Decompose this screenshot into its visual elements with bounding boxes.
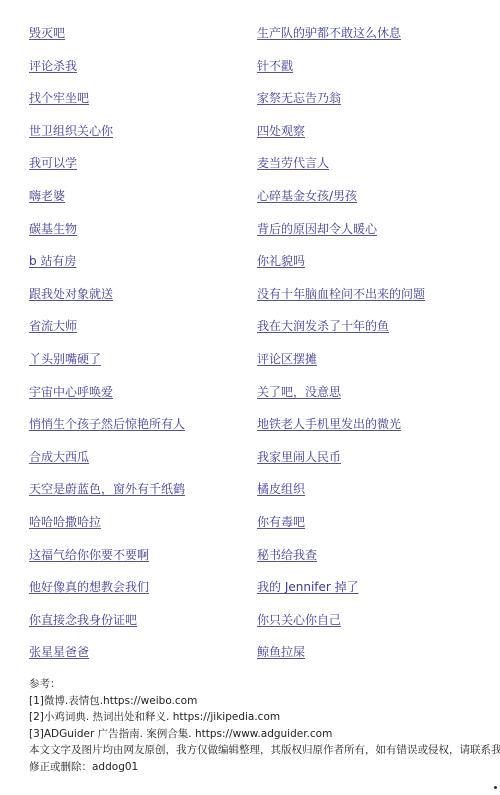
link-row: 评论杀我针不戳 — [29, 58, 489, 91]
term-link-left[interactable]: 碳基生物 — [29, 221, 77, 237]
term-link-right[interactable]: 针不戳 — [257, 58, 293, 74]
page-dot — [494, 786, 497, 789]
link-row: 悄悄生个孩子然后惊艳所有人地铁老人手机里发出的微光 — [29, 416, 489, 449]
link-row: 跟我处对象就送没有十年脑血栓问不出来的问题 — [29, 286, 489, 319]
reference-item-3: [3]ADGuider 广告指南. 案例合集. https://www.adgu… — [29, 726, 489, 743]
term-link-left[interactable]: 张星星爸爸 — [29, 644, 89, 660]
term-link-right[interactable]: 心碎基金女孩/男孩 — [257, 188, 357, 204]
link-row: 嗨老婆心碎基金女孩/男孩 — [29, 188, 489, 221]
term-link-right[interactable]: 地铁老人手机里发出的微光 — [257, 416, 401, 432]
term-link-left[interactable]: 跟我处对象就送 — [29, 286, 113, 302]
term-link-left[interactable]: 嗨老婆 — [29, 188, 65, 204]
link-row: 天空是蔚蓝色，窗外有千纸鹤橘皮组织 — [29, 481, 489, 514]
term-link-right[interactable]: 你只关心你自己 — [257, 612, 341, 628]
term-link-right[interactable]: 我家里闹人民币 — [257, 449, 341, 465]
references-heading: 参考： — [29, 676, 489, 693]
term-link-right[interactable]: 我在大润发杀了十年的鱼 — [257, 318, 389, 334]
term-link-left[interactable]: 评论杀我 — [29, 58, 77, 74]
link-row: 哈哈哈撒哈拉你有毒吧 — [29, 514, 489, 547]
term-link-left[interactable]: 哈哈哈撒哈拉 — [29, 514, 101, 530]
link-row: 合成大西瓜我家里闹人民币 — [29, 449, 489, 482]
link-row: 这福气给你你要不要啊秘书给我查 — [29, 547, 489, 580]
link-row: 张星星爸爸鲸鱼拉屎 — [29, 644, 489, 677]
link-row: 他好像真的想教会我们我的 Jennifer 掉了 — [29, 579, 489, 612]
disclaimer-line-1: 本文文字及图片均由网友原创，我方仅做编辑整理，其版权归原作者所有，如有错误或侵权… — [29, 742, 489, 759]
link-row: b 站有房你礼貌吗 — [29, 253, 489, 286]
term-link-right[interactable]: 秘书给我查 — [257, 547, 317, 563]
link-row: 你直接念我身份证吧你只关心你自己 — [29, 612, 489, 645]
link-row: 世卫组织关心你四处观察 — [29, 123, 489, 156]
link-row: 找个牢坐吧家祭无忘告乃翁 — [29, 90, 489, 123]
term-link-right[interactable]: 家祭无忘告乃翁 — [257, 90, 341, 106]
term-link-left[interactable]: 毁灭吧 — [29, 25, 65, 41]
reference-item-1: [1]微博.表情包.https://weibo.com — [29, 693, 489, 710]
references-section: 参考： [1]微博.表情包.https://weibo.com [2]小鸡词典.… — [29, 676, 489, 776]
term-link-left[interactable]: 天空是蔚蓝色，窗外有千纸鹤 — [29, 481, 185, 497]
link-row: 省流大师我在大润发杀了十年的鱼 — [29, 318, 489, 351]
term-link-left[interactable]: 悄悄生个孩子然后惊艳所有人 — [29, 416, 185, 432]
term-link-left[interactable]: 合成大西瓜 — [29, 449, 89, 465]
term-link-left[interactable]: 宇宙中心呼唤爱 — [29, 384, 113, 400]
link-grid: 毁灭吧生产队的驴都不敢这么休息评论杀我针不戳找个牢坐吧家祭无忘告乃翁世卫组织关心… — [29, 25, 489, 677]
reference-item-2: [2]小鸡词典. 热词出处和释义. https://jikipedia.com — [29, 709, 489, 726]
term-link-right[interactable]: 你有毒吧 — [257, 514, 305, 530]
term-link-left[interactable]: 找个牢坐吧 — [29, 90, 89, 106]
term-link-left[interactable]: 我可以学 — [29, 155, 77, 171]
term-link-right[interactable]: 橘皮组织 — [257, 481, 305, 497]
link-row: 宇宙中心呼唤爱关了吧，没意思 — [29, 384, 489, 417]
term-link-left[interactable]: 丫头别嘴硬了 — [29, 351, 101, 367]
link-row: 毁灭吧生产队的驴都不敢这么休息 — [29, 25, 489, 58]
link-row: 我可以学麦当劳代言人 — [29, 155, 489, 188]
term-link-left[interactable]: 省流大师 — [29, 318, 77, 334]
term-link-right[interactable]: 没有十年脑血栓问不出来的问题 — [257, 286, 425, 302]
term-link-left[interactable]: b 站有房 — [29, 253, 76, 269]
term-link-right[interactable]: 生产队的驴都不敢这么休息 — [257, 25, 401, 41]
term-link-right[interactable]: 麦当劳代言人 — [257, 155, 329, 171]
term-link-right[interactable]: 我的 Jennifer 掉了 — [257, 579, 359, 595]
term-link-left[interactable]: 他好像真的想教会我们 — [29, 579, 149, 595]
link-row: 碳基生物背后的原因却令人暖心 — [29, 221, 489, 254]
term-link-right[interactable]: 四处观察 — [257, 123, 305, 139]
term-link-left[interactable]: 你直接念我身份证吧 — [29, 612, 137, 628]
term-link-left[interactable]: 这福气给你你要不要啊 — [29, 547, 149, 563]
term-link-right[interactable]: 关了吧，没意思 — [257, 384, 341, 400]
disclaimer-line-2: 修正或删除：addog01 — [29, 759, 489, 776]
link-row: 丫头别嘴硬了评论区摆摊 — [29, 351, 489, 384]
term-link-right[interactable]: 鲸鱼拉屎 — [257, 644, 305, 660]
term-link-left[interactable]: 世卫组织关心你 — [29, 123, 113, 139]
term-link-right[interactable]: 背后的原因却令人暖心 — [257, 221, 377, 237]
term-link-right[interactable]: 评论区摆摊 — [257, 351, 317, 367]
term-link-right[interactable]: 你礼貌吗 — [257, 253, 305, 269]
